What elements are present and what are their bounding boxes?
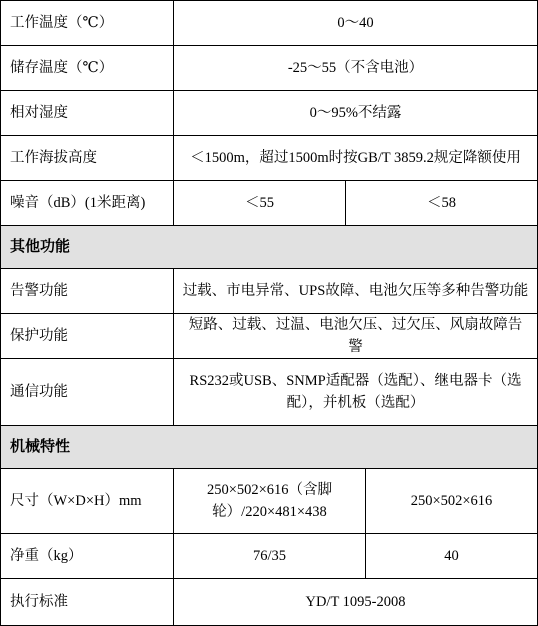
spec-label: 相对湿度	[1, 91, 174, 135]
row-storage-temperature: 储存温度（℃） -25～55（不含电池）	[1, 46, 537, 91]
spec-label: 通信功能	[1, 359, 174, 425]
row-alarm-function: 告警功能 过载、市电异常、UPS故障、电池欠压等多种告警功能	[1, 269, 537, 314]
row-relative-humidity: 相对湿度 0～95%不结露	[1, 91, 537, 136]
spec-value-col1: 76/35	[174, 534, 366, 578]
spec-label: 噪音（dB）(1米距离)	[1, 181, 174, 225]
spec-label: 净重（kg）	[1, 534, 174, 578]
spec-label: 工作海拔高度	[1, 136, 174, 180]
spec-value: RS232或USB、SNMP适配器（选配）、继电器卡（选配），并机板（选配）	[174, 359, 537, 425]
spec-label: 尺寸（W×D×H）mm	[1, 469, 174, 533]
spec-value-col2: 250×502×616	[366, 469, 537, 533]
spec-value: -25～55（不含电池）	[174, 46, 537, 90]
spec-label: 告警功能	[1, 269, 174, 313]
spec-label: 储存温度（℃）	[1, 46, 174, 90]
row-operating-temperature: 工作温度（℃） 0～40	[1, 1, 537, 46]
spec-value: 过载、市电异常、UPS故障、电池欠压等多种告警功能	[174, 269, 537, 313]
spec-value: 0～40	[174, 1, 537, 45]
row-communication-function: 通信功能 RS232或USB、SNMP适配器（选配）、继电器卡（选配），并机板（…	[1, 359, 537, 426]
spec-value: ＜1500m，超过1500m时按GB/T 3859.2规定降额使用	[174, 136, 537, 180]
spec-value-col2: ＜58	[346, 181, 537, 225]
spec-value-col2: 40	[366, 534, 537, 578]
spec-label: 工作温度（℃）	[1, 1, 174, 45]
row-noise: 噪音（dB）(1米距离) ＜55 ＜58	[1, 181, 537, 226]
spec-label: 保护功能	[1, 314, 174, 358]
section-header-other-functions: 其他功能	[1, 226, 537, 269]
spec-value: YD/T 1095-2008	[174, 579, 537, 625]
row-dimensions: 尺寸（W×D×H）mm 250×502×616（含脚轮）/220×481×438…	[1, 469, 537, 534]
row-standard: 执行标准 YD/T 1095-2008	[1, 579, 537, 625]
row-operating-altitude: 工作海拔高度 ＜1500m，超过1500m时按GB/T 3859.2规定降额使用	[1, 136, 537, 181]
row-net-weight: 净重（kg） 76/35 40	[1, 534, 537, 579]
spec-value: 0～95%不结露	[174, 91, 537, 135]
spec-value-col1: ＜55	[174, 181, 346, 225]
row-protection-function: 保护功能 短路、过载、过温、电池欠压、过欠压、风扇故障告警	[1, 314, 537, 359]
spec-label: 执行标准	[1, 579, 174, 625]
spec-table: 工作温度（℃） 0～40 储存温度（℃） -25～55（不含电池） 相对湿度 0…	[0, 0, 538, 626]
section-header-mechanical: 机械特性	[1, 426, 537, 469]
spec-value: 短路、过载、过温、电池欠压、过欠压、风扇故障告警	[174, 314, 537, 358]
spec-value-col1: 250×502×616（含脚轮）/220×481×438	[174, 469, 366, 533]
